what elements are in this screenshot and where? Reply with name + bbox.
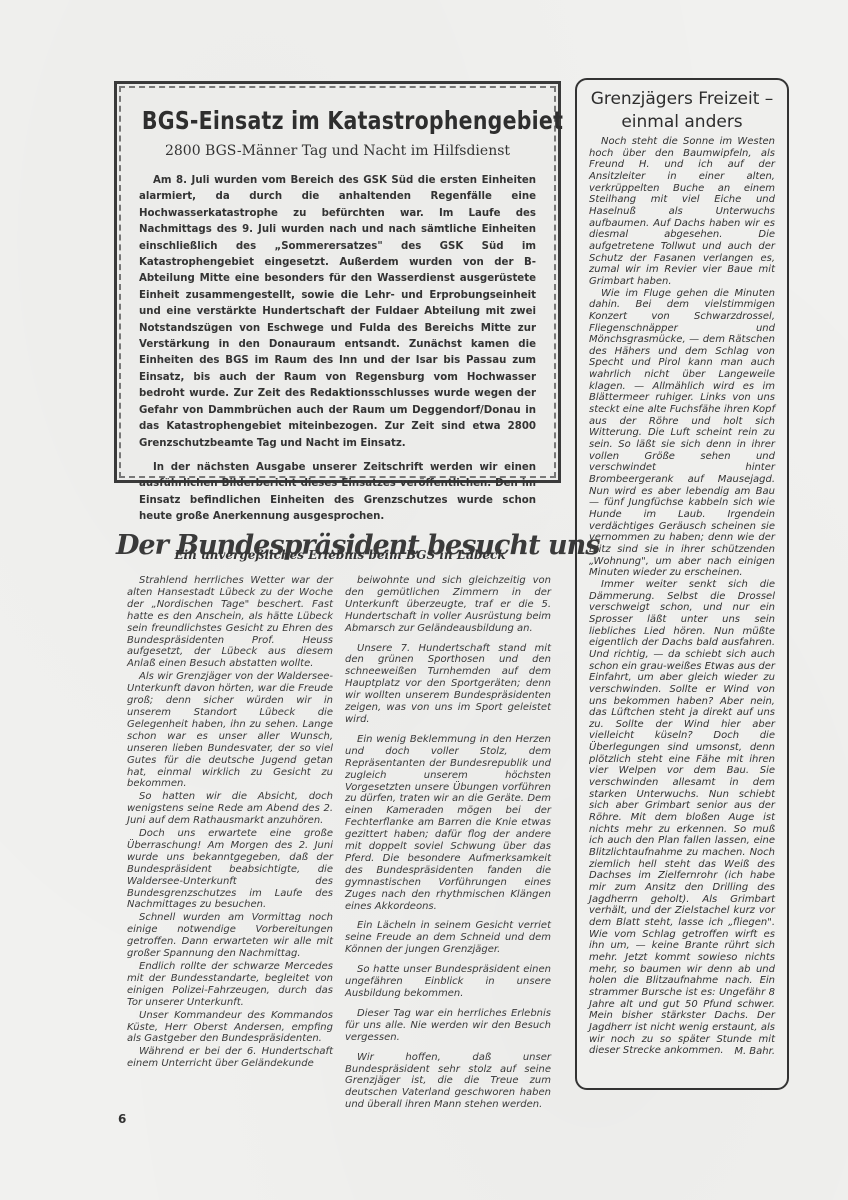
article-paragraph: Schnell wurden am Vormittag noch einige …	[127, 912, 333, 960]
article-column-left: Strahlend herrliches Wetter war der alte…	[127, 575, 333, 1071]
headline-line: Grenzjägers Freizeit –	[577, 88, 787, 111]
article-paragraph: Strahlend herrliches Wetter war der alte…	[127, 575, 333, 670]
grenzjaeger-freizeit-headline: Grenzjägers Freizeit – einmal anders	[577, 88, 787, 134]
article-paragraph: In der nächsten Ausgabe unserer Zeitschr…	[139, 460, 536, 526]
article-paragraph: Während er bei der 6. Hundertschaft eine…	[127, 1046, 333, 1070]
article-paragraph: Wie im Fluge gehen die Minuten dahin. Be…	[589, 288, 775, 579]
article-paragraph: Unsere 7. Hundertschaft stand mit den gr…	[345, 643, 551, 726]
article-paragraph: Wir hoffen, daß unser Bundespräsident se…	[345, 1052, 551, 1112]
article-paragraph: Dieser Tag war ein herrliches Erlebnis f…	[345, 1008, 551, 1044]
article-column-right: beiwohnte und sich gleichzeitig von den …	[345, 575, 551, 1119]
article-paragraph: Doch uns erwartete eine große Überraschu…	[127, 828, 333, 911]
article-paragraph: So hatten wir die Absicht, doch wenigste…	[127, 791, 333, 827]
article-paragraph: Ein Lächeln in seinem Gesicht verriet se…	[345, 920, 551, 956]
bgs-einsatz-body: Am 8. Juli wurden vom Bereich des GSK Sü…	[139, 173, 536, 526]
bgs-einsatz-headline: BGS-Einsatz im Katastrophengebiet	[142, 106, 533, 135]
article-paragraph: beiwohnte und sich gleichzeitig von den …	[345, 575, 551, 635]
article-paragraph: Endlich rollte der schwarze Mercedes mit…	[127, 961, 333, 1009]
bgs-einsatz-subheadline: 2800 BGS-Männer Tag und Nacht im Hilfsdi…	[139, 143, 536, 159]
headline-line: einmal anders	[577, 111, 787, 134]
grenzjaeger-freizeit-body: Noch steht die Sonne im Westen hoch über…	[577, 134, 787, 1058]
grenzjaeger-freizeit-article: Grenzjägers Freizeit – einmal anders Noc…	[575, 78, 789, 1090]
article-paragraph: Ein wenig Beklemmung in den Herzen und d…	[345, 734, 551, 913]
article-paragraph: Noch steht die Sonne im Westen hoch über…	[589, 136, 775, 288]
page-number: 6	[118, 1112, 126, 1126]
article-paragraph: Unser Kommandeur des Kommandos Küste, He…	[127, 1010, 333, 1046]
article-paragraph: So hatte unser Bundespräsident einen ung…	[345, 964, 551, 1000]
bgs-einsatz-article-box: BGS-Einsatz im Katastrophengebiet 2800 B…	[114, 81, 561, 483]
article-paragraph: Als wir Grenzjäger von der Waldersee-Unt…	[127, 671, 333, 790]
bundespraesident-subheadline: Ein unvergeßliches Erlebnis beim BGS in …	[116, 548, 564, 562]
article-paragraph: Immer weiter senkt sich die Dämmerung. S…	[589, 579, 775, 1057]
article-paragraph: Am 8. Juli wurden vom Bereich des GSK Sü…	[139, 173, 536, 452]
